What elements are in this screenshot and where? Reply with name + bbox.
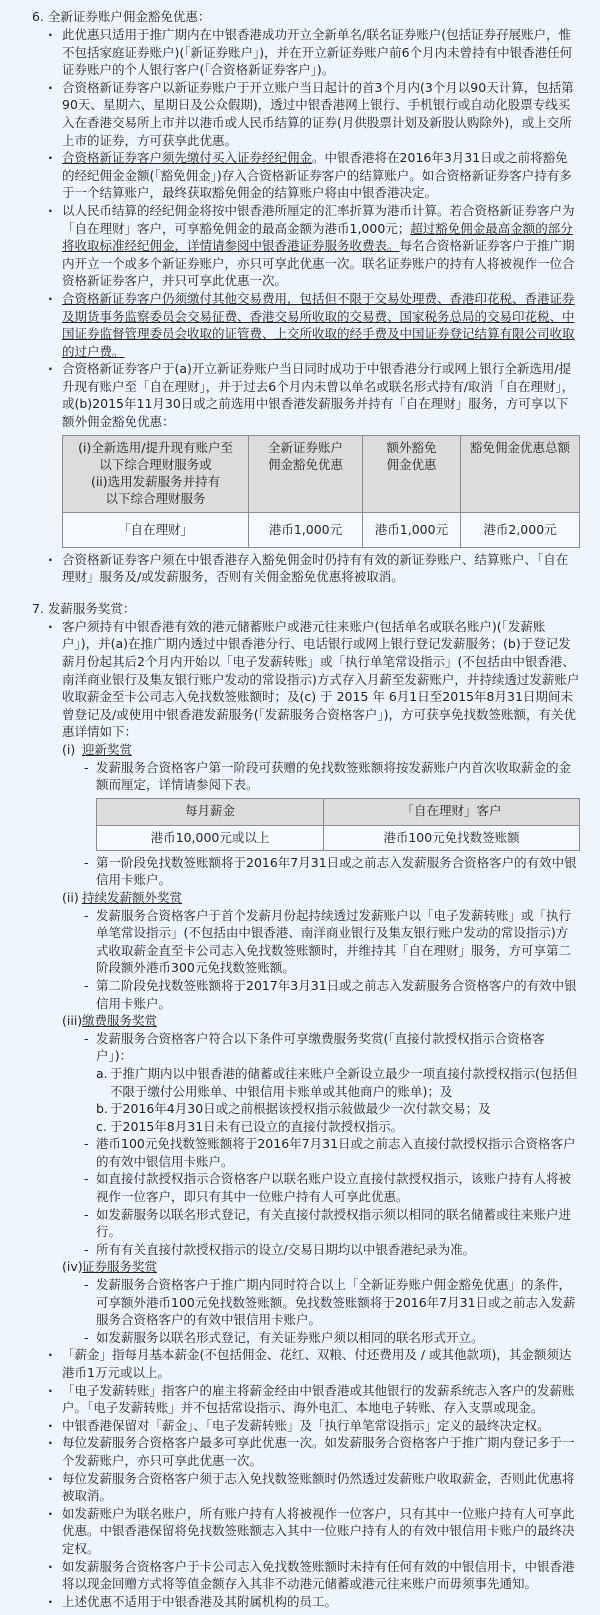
text: 于2015年8月31日未有已设立的直接付款授权指示。 (110, 1119, 403, 1134)
list-item: 上述优惠不适用于中银香港及其附属机构的员工。 (62, 1593, 580, 1611)
bullet-list: 客户须持有中银香港有效的港元储蓄账户或港元往来账户(包括单名或联名账户)(「发薪… (32, 618, 580, 1610)
header-line: 佣金豁免优惠 (253, 456, 358, 473)
table-header-cell: 全新证券账户 佣金豁免优惠 (249, 435, 363, 512)
header-line: 额外豁免 (367, 439, 456, 456)
condition-label: b. (96, 1100, 108, 1118)
list-item: 合资格新证券客户以新证券账户于开立账户当日起计的首3个月内(3个月以90天计算，… (62, 79, 580, 149)
list-item: 以人民币结算的经纪佣金将按中银香港所厘定的汇率折算为港币计算。若合资格新证券客户… (62, 202, 580, 290)
subsection-number: (i) (62, 741, 75, 759)
text: 客户须持有中银香港有效的港元储蓄账户或港元往来账户(包括单名或联名账户)(「发薪… (62, 619, 579, 740)
list-item: 此优惠只适用于推广期内在中银香港成功开立全新单名/联名证券账户(包括证券孖展账户… (62, 26, 580, 79)
table-header-row: (i)全新选用/提升现有账户至 以下综合理财服务或 (ii)选用发薪服务并持有 … (63, 435, 580, 512)
condition-label: c. (96, 1118, 107, 1136)
list-item: 发薪服务合资格客户于推广期内同时符合以上「全新证券账户佣金豁免优惠」的条件，可享… (96, 1276, 580, 1329)
table-cell: 「自在理财」 (63, 512, 249, 547)
underlined-text: 合资格新证券客户仍须缴付其他交易费用，包括但不限于交易处理费、香港印花税、香港证… (62, 291, 575, 359)
list-item: 每位发薪服务合资格客户须于志入免找数签账额时仍然透过发薪账户收取薪金，否则此优惠… (62, 1470, 580, 1505)
header-line: (ii)选用发薪服务并持有 (67, 473, 244, 490)
dash-list: 发薪服务合资格客户于首个发薪月份起持续透过发薪账户以「电子发薪转账」或「执行单笔… (62, 907, 580, 1013)
condition-list: a.于推广期内以中银香港的储蓄或往来账户全新设立最少一项直接付款授权指示(包括但… (96, 1065, 580, 1135)
subsection-title: 迎新奖赏 (82, 742, 132, 757)
list-item: 港币100元免找数签账额将于2016年7月31日或之前志入直接付款授权指示合资格… (96, 1135, 580, 1170)
header-line: 豁免佣金优惠总额 (465, 439, 575, 456)
subsection-title: 缴费服务奖赏 (82, 1013, 157, 1028)
text: 于推广期内以中银香港的储蓄或往来账户全新设立最少一项直接付款授权指示(包括但不限… (110, 1066, 577, 1099)
subsection-securities-reward: (iv) 证券服务奖赏 (62, 1258, 580, 1276)
list-item: 「薪金」指每月基本薪金(不包括佣金、花红、双粮、付还费用及 / 或其他款项)，其… (62, 1346, 580, 1381)
header-line: 全新证券账户 (253, 439, 358, 456)
subsection-bill-payment-reward: (iii) 缴费服务奖赏 (62, 1012, 580, 1030)
list-item: 如发薪账户为联名账户，所有账户持有人将被视作一位客户，只有其中一位账户持有人可享… (62, 1505, 580, 1558)
dash-list: 发薪服务合资格客户第一阶段可获赠的免找数签账额将按发薪账户内首次收取薪金的金额而… (62, 759, 580, 889)
table-header-row: 每月薪金 「自在理财」客户 (97, 798, 580, 825)
bullet-list: 此优惠只适用于推广期内在中银香港成功开立全新单名/联名证券账户(包括证券孖展账户… (32, 26, 580, 586)
list-item: 每位发薪服务合资格客户最多可享此优惠一次。如发薪服务合资格客户于推广期内登记多于… (62, 1434, 580, 1469)
list-item: 如发薪服务合资格客户于卡公司志入免找数签账额时未持有任何有效的中银信用卡，中银香… (62, 1558, 580, 1593)
section-title: 7. 发薪服务奖赏： (32, 600, 580, 618)
table-header-cell: (i)全新选用/提升现有账户至 以下综合理财服务或 (ii)选用发薪服务并持有 … (63, 435, 249, 512)
dash-list: 发薪服务合资格客户于推广期内同时符合以上「全新证券账户佣金豁免优惠」的条件，可享… (62, 1276, 580, 1346)
section-securities-commission-waiver: 6. 全新证券账户佣金豁免优惠： 此优惠只适用于推广期内在中银香港成功开立全新单… (32, 8, 580, 586)
section-payroll-rewards: 7. 发薪服务奖赏： 客户须持有中银香港有效的港元储蓄账户或港元往来账户(包括单… (32, 600, 580, 1610)
list-item: 合资格新证券客户须先缴付买入证券经纪佣金。中银香港将在2016年3月31日或之前… (62, 149, 580, 202)
list-item: 客户须持有中银香港有效的港元储蓄账户或港元往来账户(包括单名或联名账户)(「发薪… (62, 618, 580, 1347)
list-item: 如直接付款授权指示合资格客户以联名账户设立直接付款授权指示，该账户持有人将被视作… (96, 1170, 580, 1205)
salary-reward-table: 每月薪金 「自在理财」客户 港币10,000元或以上 港币100元免找数签账额 (96, 798, 580, 851)
table-cell: 港币1,000元 (249, 512, 363, 547)
commission-waiver-table: (i)全新选用/提升现有账户至 以下综合理财服务或 (ii)选用发薪服务并持有 … (62, 435, 580, 548)
subsection-number: (ii) (62, 889, 79, 907)
text: 合资格新证券客户于(a)开立新证券账户当日同时成功于中银香港分行或网上银行全新选… (62, 361, 574, 429)
text: 发薪服务合资格客户符合以下条件可享缴费服务奖赏(「直接付款授权指示合资格客户」)… (96, 1031, 545, 1064)
subsection-welcome-reward: (i) 迎新奖赏 (62, 741, 580, 759)
subsection-title: 证券服务奖赏 (82, 1259, 157, 1274)
list-item: 合资格新证券客户须在中银香港存入豁免佣金时仍持有有效的新证券账户、结算账户、「自… (62, 551, 580, 586)
list-item: 合资格新证券客户于(a)开立新证券账户当日同时成功于中银香港分行或网上银行全新选… (62, 360, 580, 547)
text: 于2016年4月30日或之前根据该授权指示敍做最少一次付款交易；及 (110, 1101, 491, 1116)
underlined-text: 合资格新证券客户须先缴付买入证券经纪佣金 (62, 150, 312, 165)
list-item: 发薪服务合资格客户于首个发薪月份起持续透过发薪账户以「电子发薪转账」或「执行单笔… (96, 907, 580, 977)
table-header-cell: 豁免佣金优惠总额 (461, 435, 580, 512)
list-item: 第二阶段免找数签账额将于2017年3月31日或之前志入发薪服务合资格客户的有效中… (96, 977, 580, 1012)
header-line: 以下综合理财服务或 (67, 456, 244, 473)
table-header-cell: 每月薪金 (97, 798, 324, 825)
list-item: 「电子发薪转账」指客户的雇主将薪金经由中银香港或其他银行的发薪系统志入客户的发薪… (62, 1382, 580, 1417)
terms-document: 6. 全新证券账户佣金豁免优惠： 此优惠只适用于推广期内在中银香港成功开立全新单… (0, 0, 600, 1610)
list-item: 发薪服务合资格客户符合以下条件可享缴费服务奖赏(「直接付款授权指示合资格客户」)… (96, 1030, 580, 1136)
list-item: 如发薪服务以联名形式登记，有关证券账户须以相同的联名形式开立。 (96, 1329, 580, 1347)
table-header-cell: 额外豁免 佣金优惠 (362, 435, 460, 512)
list-item: 发薪服务合资格客户第一阶段可获赠的免找数签账额将按发薪账户内首次收取薪金的金额而… (96, 759, 580, 851)
dash-list: 发薪服务合资格客户符合以下条件可享缴费服务奖赏(「直接付款授权指示合资格客户」)… (62, 1030, 580, 1259)
table-row: 港币10,000元或以上 港币100元免找数签账额 (97, 825, 580, 850)
list-item: 合资格新证券客户仍须缴付其他交易费用，包括但不限于交易处理费、香港印花税、香港证… (62, 290, 580, 360)
table-cell: 港币1,000元 (362, 512, 460, 547)
condition-item: b.于2016年4月30日或之前根据该授权指示敍做最少一次付款交易；及 (110, 1100, 580, 1118)
subsection-number: (iii) (62, 1012, 82, 1030)
text: 发薪服务合资格客户第一阶段可获赠的免找数签账额将按发薪账户内首次收取薪金的金额而… (96, 760, 571, 793)
header-line: 佣金优惠 (367, 456, 456, 473)
subsection-title: 持续发薪额外奖赏 (82, 890, 182, 905)
condition-item: c.于2015年8月31日未有已设立的直接付款授权指示。 (110, 1118, 580, 1136)
list-item: 如发薪服务以联名形式登记，有关直接付款授权指示须以相同的联名储蓄或往来账户进行。 (96, 1206, 580, 1241)
table-row: 「自在理财」 港币1,000元 港币1,000元 港币2,000元 (63, 512, 580, 547)
subsection-number: (iv) (62, 1258, 83, 1276)
table-cell: 港币2,000元 (461, 512, 580, 547)
section-title: 6. 全新证券账户佣金豁免优惠： (32, 8, 580, 26)
list-item: 第一阶段免找数签账额将于2016年7月31日或之前志入发薪服务合资格客户的有效中… (96, 854, 580, 889)
list-item: 中银香港保留对「薪金」、「电子发薪转账」及「执行单笔常设指示」定义的最终决定权。 (62, 1417, 580, 1435)
header-line: 以下综合理财服务 (67, 490, 244, 507)
header-line: (i)全新选用/提升现有账户至 (67, 439, 244, 456)
table-cell: 港币10,000元或以上 (97, 825, 324, 850)
table-cell: 港币100元免找数签账额 (324, 825, 580, 850)
list-item: 所有有关直接付款授权指示的设立/交易日期均以中银香港纪录为准。 (96, 1241, 580, 1259)
condition-label: a. (96, 1065, 108, 1083)
condition-item: a.于推广期内以中银香港的储蓄或往来账户全新设立最少一项直接付款授权指示(包括但… (110, 1065, 580, 1100)
subsection-continuous-payroll-reward: (ii) 持续发薪额外奖赏 (62, 889, 580, 907)
table-header-cell: 「自在理财」客户 (324, 798, 580, 825)
